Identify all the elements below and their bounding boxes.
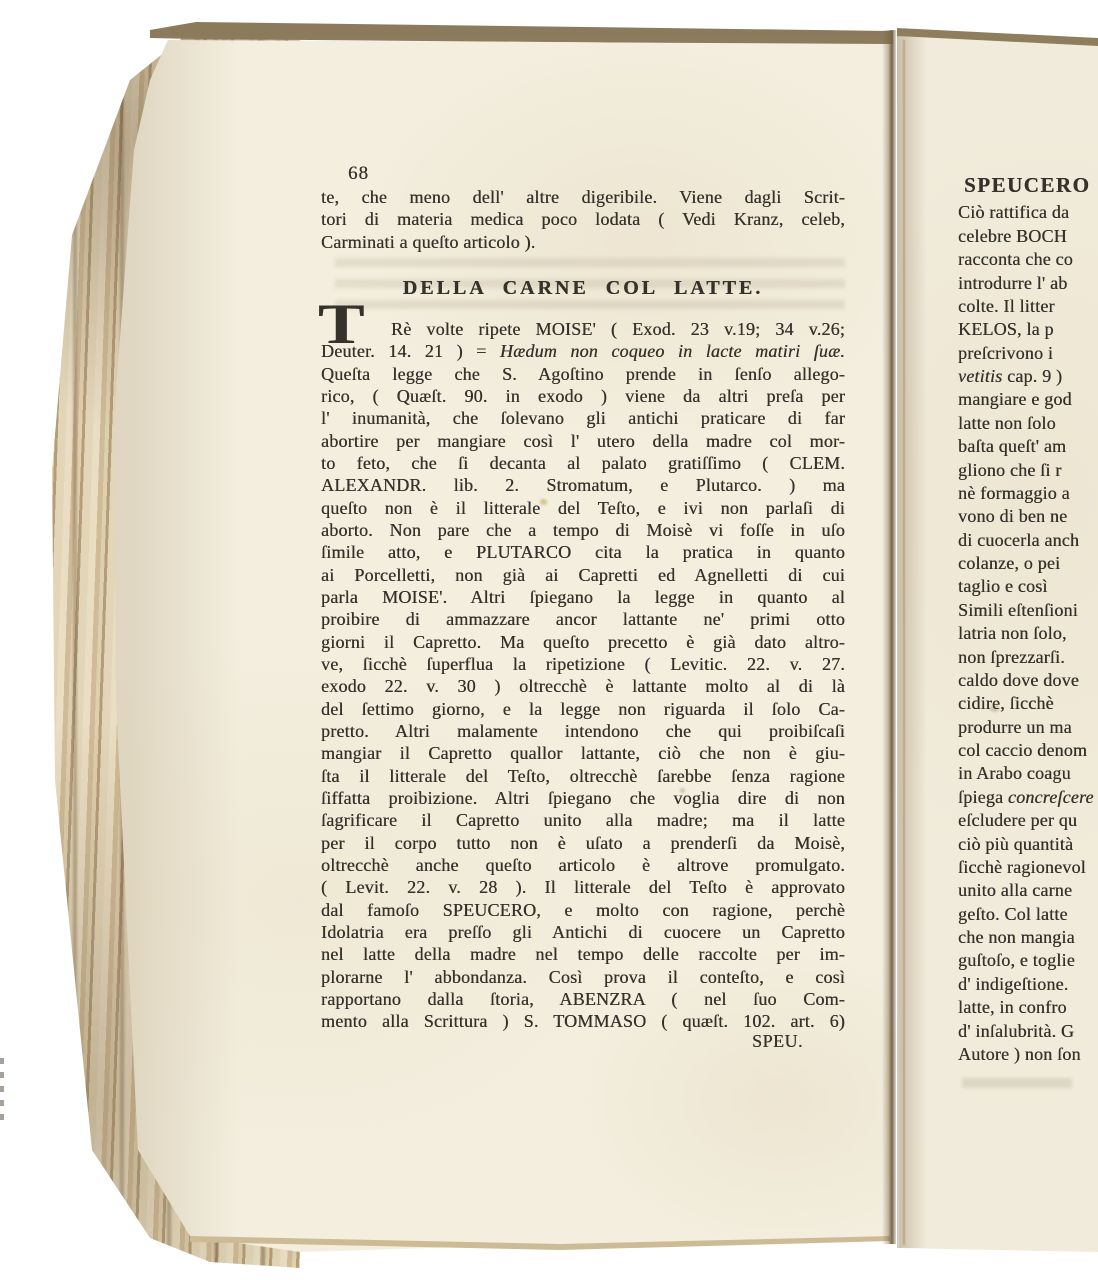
text-segment: Deuter. 14. 21 ) = (321, 341, 500, 361)
text-line: ſta il litterale del Teſto, oltrecchè ſa… (321, 765, 845, 787)
text-line: eſcludere per qu (958, 809, 1098, 832)
text-segment: ſpiega (958, 787, 1008, 807)
text-line: Queſta legge che S. Agoſtino prende in ſ… (321, 363, 845, 385)
text-line: gliono che ſi r (958, 459, 1098, 482)
page-number: 68 (348, 163, 369, 185)
body-paragraph: Rè volte ripete MOISE' ( Exod. 23 v.19; … (321, 318, 845, 1033)
text-segment: per il corpo tutto non è uſato a prender… (321, 833, 845, 853)
text-line: abortire per mangiare così l' utero dell… (321, 430, 845, 452)
text-line: rapportano dalla ſtoria, ABENZRA ( nel ſ… (321, 988, 845, 1010)
text-line: proibire di ammazzare ancor lattante ne'… (321, 608, 845, 630)
text-line: colanze, o pei (958, 552, 1098, 575)
text-segment: introdurre l' ab (958, 273, 1067, 293)
text-line: ai Porcelletti, non già ai Capretti ed A… (321, 564, 845, 586)
text-line: celebre BOCH (958, 225, 1098, 248)
text-line: Rè volte ripete MOISE' ( Exod. 23 v.19; … (321, 318, 845, 340)
text-line: Simili eſtenſioni (958, 599, 1098, 622)
text-segment: d' indigeſtione. (958, 974, 1068, 994)
text-segment: Rè volte ripete MOISE' ( Exod. 23 v.19; … (391, 319, 845, 339)
text-segment: abortire per mangiare così l' utero dell… (321, 431, 845, 451)
text-segment: ALEXANDR. lib. 2. Stromatum, e Plutarco.… (321, 475, 845, 495)
text-segment: celebre BOCH (958, 226, 1067, 246)
text-line: rico, ( Quæſt. 90. in exodo ) viene da a… (321, 385, 845, 407)
text-line: ALEXANDR. lib. 2. Stromatum, e Plutarco.… (321, 474, 845, 496)
text-segment: latte, in confro (958, 997, 1067, 1017)
text-segment: plorarne l' abbondanza. Così prova il co… (321, 967, 845, 987)
text-line: ( Levit. 22. v. 28 ). Il litterale del T… (321, 876, 845, 898)
text-line: plorarne l' abbondanza. Così prova il co… (321, 966, 845, 988)
text-line: to feto, che ſi decanta al palato gratiſ… (321, 452, 845, 474)
text-segment: Autore ) non ſon (958, 1044, 1081, 1064)
text-line: per il corpo tutto non è uſato a prender… (321, 832, 845, 854)
text-segment: proibire di ammazzare ancor lattante ne'… (321, 609, 845, 629)
text-line: queſto non è il litterale del Teſto, e i… (321, 497, 845, 519)
text-line: parla MOISE'. Altri ſpiegano la legge in… (321, 586, 845, 608)
intro-paragraph: te, che meno dell' altre digeribile. Vie… (321, 186, 845, 253)
text-segment: gliono che ſi r (958, 460, 1061, 480)
text-line: giorni il Capretto. Ma queſto precetto è… (321, 631, 845, 653)
text-segment: caldo dove dove (958, 670, 1079, 690)
text-line: exodo 22. v. 30 ) oltrecchè è lattante m… (321, 675, 845, 697)
right-page-gutter-shade (897, 36, 927, 1248)
text-line: preſcrivono i (958, 342, 1098, 365)
text-line: latte non ſolo (958, 412, 1098, 435)
text-segment: racconta che co (958, 249, 1073, 269)
text-segment: mangiare e god (958, 389, 1072, 409)
text-segment: ſiffatta proibizione. Altri ſpiegano che… (321, 788, 845, 808)
section-heading: DELLA CARNE COL LATTE. (321, 277, 845, 300)
text-segment: baſta queſt' am (958, 436, 1066, 456)
text-segment: vetitis (958, 366, 1002, 386)
text-line: KELOS, la p (958, 318, 1098, 341)
text-segment: Carminati a queſto articolo ). (321, 232, 535, 252)
text-line: latte, in confro (958, 996, 1098, 1019)
text-segment: non ſprezzarſi. (958, 647, 1065, 667)
text-segment: l' inumanità, che ſolevano gli antichi p… (321, 408, 845, 428)
text-segment: taglio e così (958, 576, 1048, 596)
text-line: in Arabo coagu (958, 762, 1098, 785)
text-line: mangiar il Capretto quallor lattante, ci… (321, 742, 845, 764)
text-segment: preſcrivono i (958, 343, 1053, 363)
text-segment: Idolatria era preſſo gli Antichi di cuoc… (321, 922, 845, 942)
text-line: d' indigeſtione. (958, 973, 1098, 996)
text-line: vetitis cap. 9 ) (958, 365, 1098, 388)
text-line: dal famoſo SPEUCERO, e molto con ragione… (321, 899, 845, 921)
text-segment: parla MOISE'. Altri ſpiegano la legge in… (321, 587, 845, 607)
text-line: introdurre l' ab (958, 272, 1098, 295)
text-line: unito alla carne (958, 879, 1098, 902)
text-segment: guſtoſo, e toglie (958, 950, 1075, 970)
text-line: vono di ben ne (958, 505, 1098, 528)
text-segment: cap. 9 ) (1002, 366, 1062, 386)
text-line: SPEUCERO (958, 174, 1098, 197)
text-segment: cidire, ſicchè (958, 693, 1054, 713)
catchword: SPEU. (321, 1031, 845, 1052)
text-segment: rapportano dalla ſtoria, ABENZRA ( nel ſ… (321, 989, 845, 1009)
text-line: oltrecchè anche queſto articolo è altrov… (321, 854, 845, 876)
text-line: cidire, ſicchè (958, 692, 1098, 715)
text-segment: ve, ſicchè ſuperflua la ripetizione ( Le… (321, 654, 845, 674)
text-segment: latte non ſolo (958, 413, 1056, 433)
text-line: ſicchè ragionevol (958, 856, 1098, 879)
text-segment: di cuocerla anch (958, 530, 1079, 550)
text-line: d' inſalubrità. G (958, 1020, 1098, 1043)
text-segment: Simili eſtenſioni (958, 600, 1078, 620)
text-segment: aborto. Non pare che a tempo di Moisè vi… (321, 520, 845, 540)
gutter-shadow (882, 30, 896, 1244)
text-line: Ciò rattifica da (958, 201, 1098, 224)
text-line: mangiare e god (958, 388, 1098, 411)
text-segment: produrre un ma (958, 717, 1072, 737)
text-segment: ( Levit. 22. v. 28 ). Il litterale del T… (321, 877, 845, 897)
text-line: guſtoſo, e toglie (958, 949, 1098, 972)
text-line: aborto. Non pare che a tempo di Moisè vi… (321, 519, 845, 541)
text-line: di cuocerla anch (958, 529, 1098, 552)
text-line: Deuter. 14. 21 ) = Hædum non coqueo in l… (321, 340, 845, 362)
text-line: Autore ) non ſon (958, 1043, 1098, 1066)
text-line: taglio e così (958, 575, 1098, 598)
text-segment: Hædum non coqueo in lacte matiri ſuæ. (500, 341, 845, 361)
text-line: mento alla Scrittura ) S. TOMMASO ( quæſ… (321, 1010, 845, 1032)
right-page-crease (903, 40, 905, 1245)
text-segment: KELOS, la p (958, 319, 1054, 339)
facing-page-text: SPEUCEROCiò rattifica dacelebre BOCHracc… (958, 174, 1098, 1066)
text-line: produrre un ma (958, 716, 1098, 739)
text-line: latria non ſolo, (958, 622, 1098, 645)
text-line: ſiffatta proibizione. Altri ſpiegano che… (321, 787, 845, 809)
text-segment: nel latte della madre nel tempo delle ra… (321, 944, 845, 964)
text-segment: mento alla Scrittura ) S. TOMMASO ( quæſ… (321, 1011, 845, 1031)
text-segment: Ciò rattifica da (958, 202, 1069, 222)
text-line: ciò più quantità (958, 833, 1098, 856)
text-segment: geſto. Col latte (958, 904, 1068, 924)
text-segment: col caccio denom (958, 740, 1087, 760)
text-segment: vono di ben ne (958, 506, 1067, 526)
text-segment: ciò più quantità (958, 834, 1073, 854)
text-segment: in Arabo coagu (958, 763, 1071, 783)
text-segment: colanze, o pei (958, 553, 1060, 573)
text-segment: te, che meno dell' altre digeribile. Vie… (321, 187, 845, 207)
text-segment: del ſettimo giorno, e la legge non rigua… (321, 699, 845, 719)
text-line: col caccio denom (958, 739, 1098, 762)
text-segment: unito alla carne (958, 880, 1072, 900)
text-segment: ſta il litterale del Teſto, oltrecchè ſa… (321, 766, 845, 786)
text-line: ve, ſicchè ſuperflua la ripetizione ( Le… (321, 653, 845, 675)
text-line: nel latte della madre nel tempo delle ra… (321, 943, 845, 965)
text-line: Carminati a queſto articolo ). (321, 231, 845, 253)
text-line: Idolatria era preſſo gli Antichi di cuoc… (321, 921, 845, 943)
text-line: te, che meno dell' altre digeribile. Vie… (321, 186, 845, 208)
text-segment: nè formaggio a (958, 483, 1070, 503)
text-line: ſimile atto, e PLUTARCO cita la pratica … (321, 541, 845, 563)
text-segment: to feto, che ſi decanta al palato gratiſ… (321, 453, 845, 473)
text-segment: dal famoſo SPEUCERO, e molto con ragione… (321, 900, 845, 920)
text-line: del ſettimo giorno, e la legge non rigua… (321, 698, 845, 720)
text-line: ſagrificare il Capretto unito alla madre… (321, 809, 845, 831)
text-segment: concreſcere (1008, 787, 1094, 807)
text-segment: pretto. Altri malamente intendono che qu… (321, 721, 845, 741)
text-line: l' inumanità, che ſolevano gli antichi p… (321, 407, 845, 429)
margin-marks (0, 1058, 4, 1124)
text-segment: giorni il Capretto. Ma queſto precetto è… (321, 632, 845, 652)
text-segment: rico, ( Quæſt. 90. in exodo ) viene da a… (321, 386, 845, 406)
text-segment: ſagrificare il Capretto unito alla madre… (321, 810, 845, 830)
text-line: pretto. Altri malamente intendono che qu… (321, 720, 845, 742)
text-segment: Queſta legge che S. Agoſtino prende in ſ… (321, 364, 845, 384)
text-segment: ſimile atto, e PLUTARCO cita la pratica … (321, 542, 845, 562)
text-line: ſpiega concreſcere (958, 786, 1098, 809)
text-line: caldo dove dove (958, 669, 1098, 692)
text-line: baſta queſt' am (958, 435, 1098, 458)
text-segment: exodo 22. v. 30 ) oltrecchè è lattante m… (321, 676, 845, 696)
text-line: che non mangia (958, 926, 1098, 949)
text-segment: oltrecchè anche queſto articolo è altrov… (321, 855, 845, 875)
text-segment: queſto non è il litterale del Teſto, e i… (321, 498, 845, 518)
text-line: non ſprezzarſi. (958, 646, 1098, 669)
text-line: racconta che co (958, 248, 1098, 271)
text-line: colte. Il litter (958, 295, 1098, 318)
text-segment: eſcludere per qu (958, 810, 1077, 830)
text-line: geſto. Col latte (958, 903, 1098, 926)
text-segment: ſicchè ragionevol (958, 857, 1086, 877)
text-segment: ai Porcelletti, non già ai Capretti ed A… (321, 565, 845, 585)
text-line: nè formaggio a (958, 482, 1098, 505)
text-segment: SPEUCERO (964, 173, 1090, 197)
text-segment: latria non ſolo, (958, 623, 1067, 643)
text-segment: tori di materia medica poco lodata ( Ved… (321, 209, 845, 229)
text-segment: mangiar il Capretto quallor lattante, ci… (321, 743, 845, 763)
text-segment: che non mangia (958, 927, 1075, 947)
text-segment: d' inſalubrità. G (958, 1021, 1074, 1041)
book-scan-page: 68 te, che meno dell' altre digeribile. … (0, 0, 1098, 1280)
text-segment: colte. Il litter (958, 296, 1055, 316)
text-line: tori di materia medica poco lodata ( Ved… (321, 208, 845, 230)
